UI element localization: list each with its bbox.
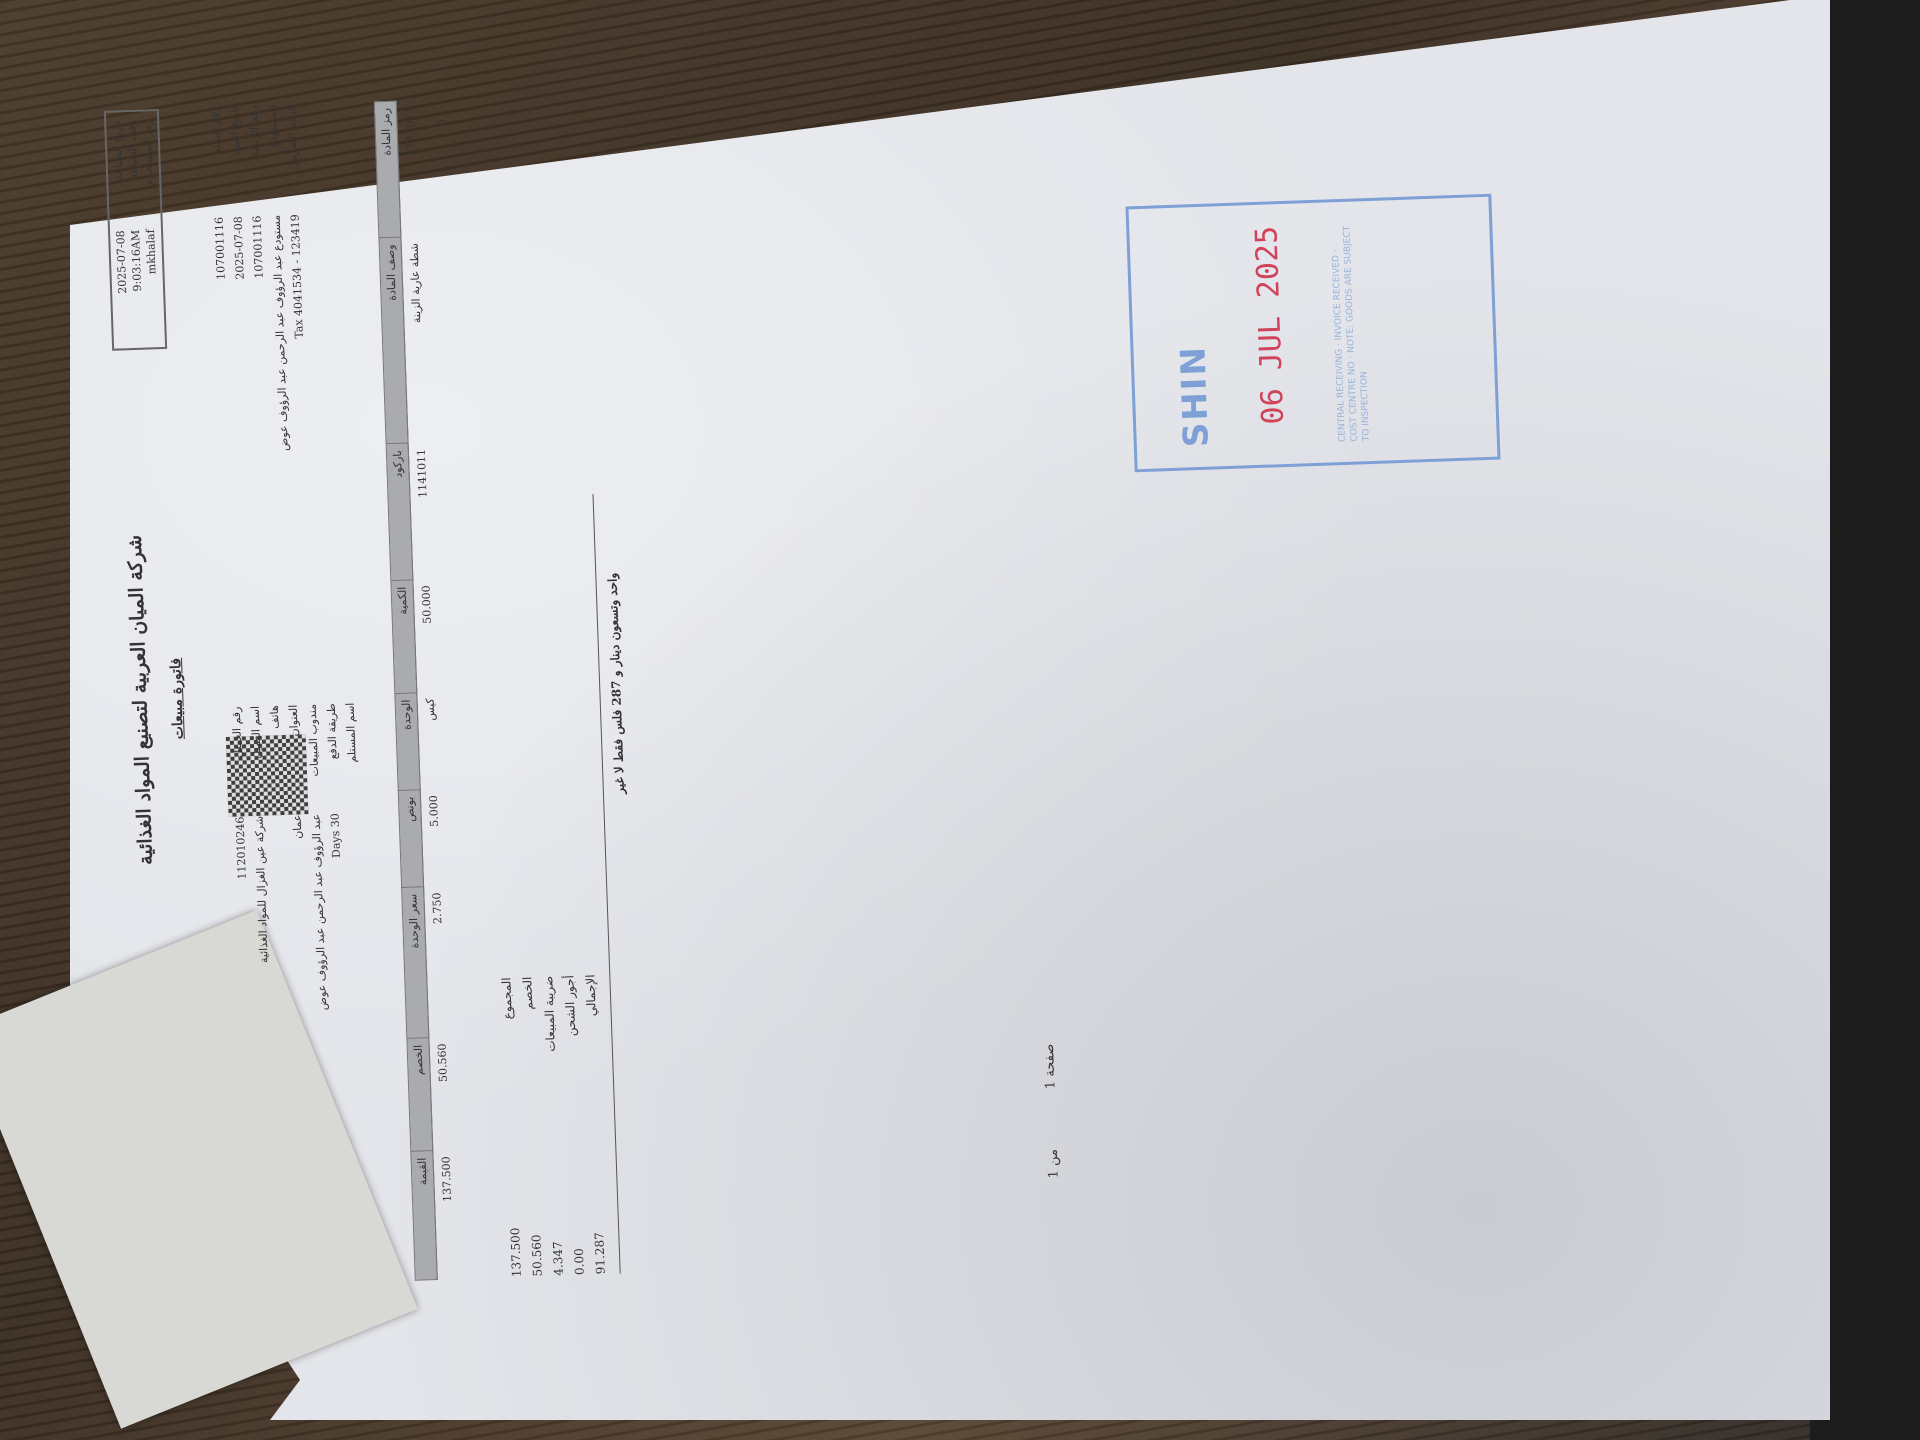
total-label: أجور الشحن	[562, 975, 581, 1125]
info-label: رقم السند	[209, 107, 226, 217]
info-label: طريقة الدفع	[325, 703, 342, 813]
info-label: رقم العميل	[230, 706, 247, 816]
info-value	[347, 812, 371, 1122]
table-after-row: 0	[434, 119, 448, 127]
total-value: 91.287	[588, 1124, 607, 1274]
print-time: 9:03:16AM	[129, 230, 146, 340]
print-time-label: وقت الطباعة	[125, 120, 142, 230]
total-value: 0.00	[568, 1125, 587, 1275]
page-number: 1	[1043, 1081, 1058, 1090]
info-label: مندوب المبيعات	[306, 704, 323, 814]
print-date-label: تاريخ الطباعة	[110, 120, 127, 230]
info-label: اسم العميل	[249, 706, 266, 816]
info-label: هاتف	[268, 705, 285, 815]
page-label: صفحة	[1042, 1044, 1058, 1077]
total-value: 137.500	[505, 1127, 524, 1277]
totals-block: المجموع137.500الخصم50.560ضريبة المبيعات4…	[499, 974, 607, 1277]
stamp-text: CENTRAL RECEIVING · INVOICE RECEIVED · C…	[1329, 221, 1373, 442]
invoice-content: شركة الميان العربية لتصنيع المواد الغذائ…	[109, 89, 770, 1290]
info-label: اسم المستلم	[344, 702, 361, 812]
print-date: 2025-07-08	[114, 230, 131, 340]
voucher-info: رقم السند107001116 تاريخ السند2025-07-08…	[209, 104, 316, 627]
table-cell: 50.560	[429, 1037, 458, 1151]
info-label: العنوان	[287, 704, 304, 814]
info-label: تاريخ السند	[228, 106, 245, 216]
of-label: من	[1046, 1149, 1062, 1166]
total-pages: 1	[1046, 1170, 1061, 1179]
total-value: 4.347	[547, 1126, 566, 1276]
total-label: ضريبة المبيعات	[541, 976, 560, 1126]
received-stamp: SHIN 06 JUL 2025 CENTRAL RECEIVING · INV…	[1125, 194, 1500, 473]
table-cell: 2.750	[424, 886, 455, 1038]
total-label: الخصم	[520, 976, 539, 1126]
table-cell: 5.000	[420, 789, 449, 887]
stamp-date: 06 JUL 2025	[1249, 225, 1291, 425]
print-info-box: تاريخ الطباعة 2025-07-08 وقت الطباعة 9:0…	[104, 109, 167, 351]
total-label: المجموع	[499, 977, 518, 1127]
table-cell: 50.000	[413, 579, 442, 693]
user: mkhalaf	[144, 229, 161, 339]
user-label: رمز المستخدم	[140, 119, 157, 229]
customer-info: رقم العميل112010246 اسم العميلشركة عين ا…	[230, 702, 372, 1126]
table-cell: 1141011	[408, 443, 438, 580]
total-label: الإجمالي	[583, 974, 602, 1124]
table-cell: كيس	[417, 692, 446, 790]
info-label: رقم الوثيقة	[247, 105, 264, 215]
info-label: المستودع	[266, 105, 283, 215]
table-cell: 1141011	[396, 100, 426, 237]
info-label: الرقم الضريبي	[285, 104, 302, 214]
total-value: 50.560	[526, 1126, 545, 1276]
table-cell: 137.500	[433, 1150, 463, 1280]
items-table: رمز المادةوصف المادةباركودالكميةالوحدةبو…	[374, 100, 463, 1281]
stamp-brand: SHIN	[1173, 344, 1217, 447]
